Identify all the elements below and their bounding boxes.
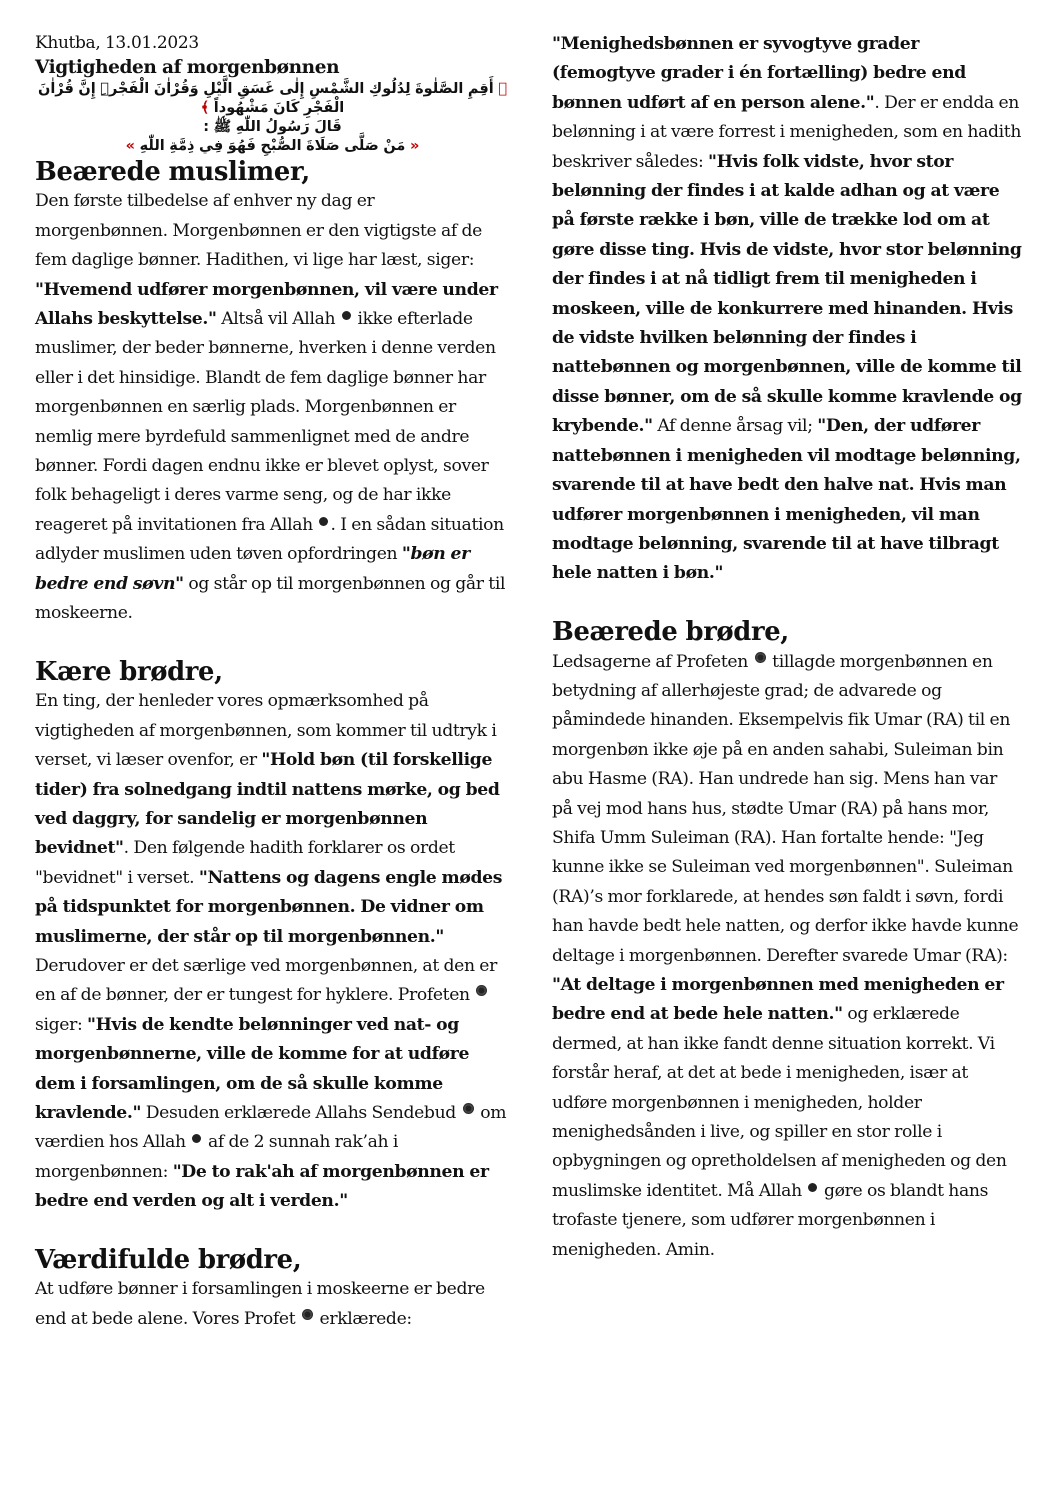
right-column: "Menighedsbønnen er syvogtyve grader (fe… xyxy=(552,30,1022,1265)
text-run: Ledsagerne af Profeten xyxy=(552,652,753,672)
arabic-quotes: ﴿ أَقِمِ الصَّلٰوةَ لِدُلُوكِ الشَّمْسِ … xyxy=(35,80,510,156)
text-run: At udføre bønner i forsamlingen i moskee… xyxy=(35,1279,485,1328)
quran-verse: ﴿ أَقِمِ الصَّلٰوةَ لِدُلُوكِ الشَّمْسِ … xyxy=(35,80,510,99)
hadith-quote: "Hvis folk vidste, hvor stor belønning d… xyxy=(552,152,1022,437)
verse-open-bracket: ﴿ xyxy=(498,81,507,97)
swt-honorific-icon xyxy=(342,311,351,320)
section-1-paragraph: Den første tilbedelse af enhver ny dag e… xyxy=(35,187,510,628)
text-run: erklærede: xyxy=(315,1309,412,1329)
spacer xyxy=(35,629,510,658)
section-2-paragraph-1: En ting, der henleder vores opmærksomhed… xyxy=(35,687,510,952)
text-run: Den første tilbedelse af enhver ny dag e… xyxy=(35,191,482,270)
pbuh-honorific-icon xyxy=(302,1309,313,1320)
verse-close-bracket: ﴾ xyxy=(201,100,210,116)
text-run: og erklærede dermed, at han ikke fandt d… xyxy=(552,1004,1007,1200)
pbuh-honorific-icon xyxy=(755,652,766,663)
section-heading-beaerede-brodre: Beærede brødre, xyxy=(552,618,1022,647)
spacer xyxy=(552,589,1022,618)
pbuh-honorific-icon xyxy=(476,985,487,996)
section-3-paragraph-start: At udføre bønner i forsamlingen i moskee… xyxy=(35,1275,510,1334)
hadith-close-quote: » xyxy=(126,138,135,154)
swt-honorific-icon xyxy=(808,1183,817,1192)
swt-honorific-icon xyxy=(192,1134,201,1143)
text-run: Derudover er det særlige ved morgenbønne… xyxy=(35,956,497,1005)
section-2-paragraph-2: Derudover er det særlige ved morgenbønne… xyxy=(35,952,510,1217)
text-run: tillagde morgenbønnen en betydning af al… xyxy=(552,652,1018,966)
quran-verse-line-2: الْفَجْرِ كَانَ مَشْهُوداً ﴾ xyxy=(35,99,510,118)
spacer xyxy=(35,1217,510,1246)
section-heading-muslimer: Beærede muslimer, xyxy=(35,158,510,187)
section-heading-kaere-brodre: Kære brødre, xyxy=(35,658,510,687)
hadith-arabic: « مَنْ صَلَّى صَلَاةَ الصُّبْحِ فَهُوَ ف… xyxy=(35,137,510,156)
verse-line-2: الْفَجْرِ كَانَ مَشْهُوداً xyxy=(214,100,344,116)
section-3-paragraph-continued: "Menighedsbønnen er syvogtyve grader (fe… xyxy=(552,30,1022,589)
page-title: Vigtigheden af morgenbønnen xyxy=(35,56,510,80)
pbuh-honorific-icon xyxy=(463,1103,474,1114)
document-page: Khutba, 13.01.2023 Vigtigheden af morgen… xyxy=(0,0,1058,1497)
verse-line-1: أَقِمِ الصَّلٰوةَ لِدُلُوكِ الشَّمْسِ إِ… xyxy=(38,81,494,97)
text-run: Desuden erklærede Allahs Sendebud xyxy=(141,1103,460,1123)
hadith-text: مَنْ صَلَّى صَلَاةَ الصُّبْحِ فَهُوَ فِي… xyxy=(140,138,406,154)
hadith-open-quote: « xyxy=(410,138,419,154)
swt-honorific-icon xyxy=(319,517,328,526)
khutba-date: Khutba, 13.01.2023 xyxy=(35,30,510,56)
text-run: Altså vil Allah xyxy=(217,309,340,329)
text-run: ikke efterlade muslimer, der beder bønne… xyxy=(35,309,496,535)
left-column: Khutba, 13.01.2023 Vigtigheden af morgen… xyxy=(35,30,510,1334)
hadith-quote: "Den, der udfører nattebønnen i menighed… xyxy=(552,416,1021,583)
section-heading-vaerdifulde-brodre: Værdifulde brødre, xyxy=(35,1246,510,1275)
text-run: Af denne årsag vil; xyxy=(653,416,817,436)
text-run: siger: xyxy=(35,1015,87,1035)
section-4-paragraph: Ledsagerne af Profeten tillagde morgenbø… xyxy=(552,648,1022,1266)
hadith-intro: قَالَ رَسُولُ اللّٰهِ ﷺ : xyxy=(35,118,510,137)
